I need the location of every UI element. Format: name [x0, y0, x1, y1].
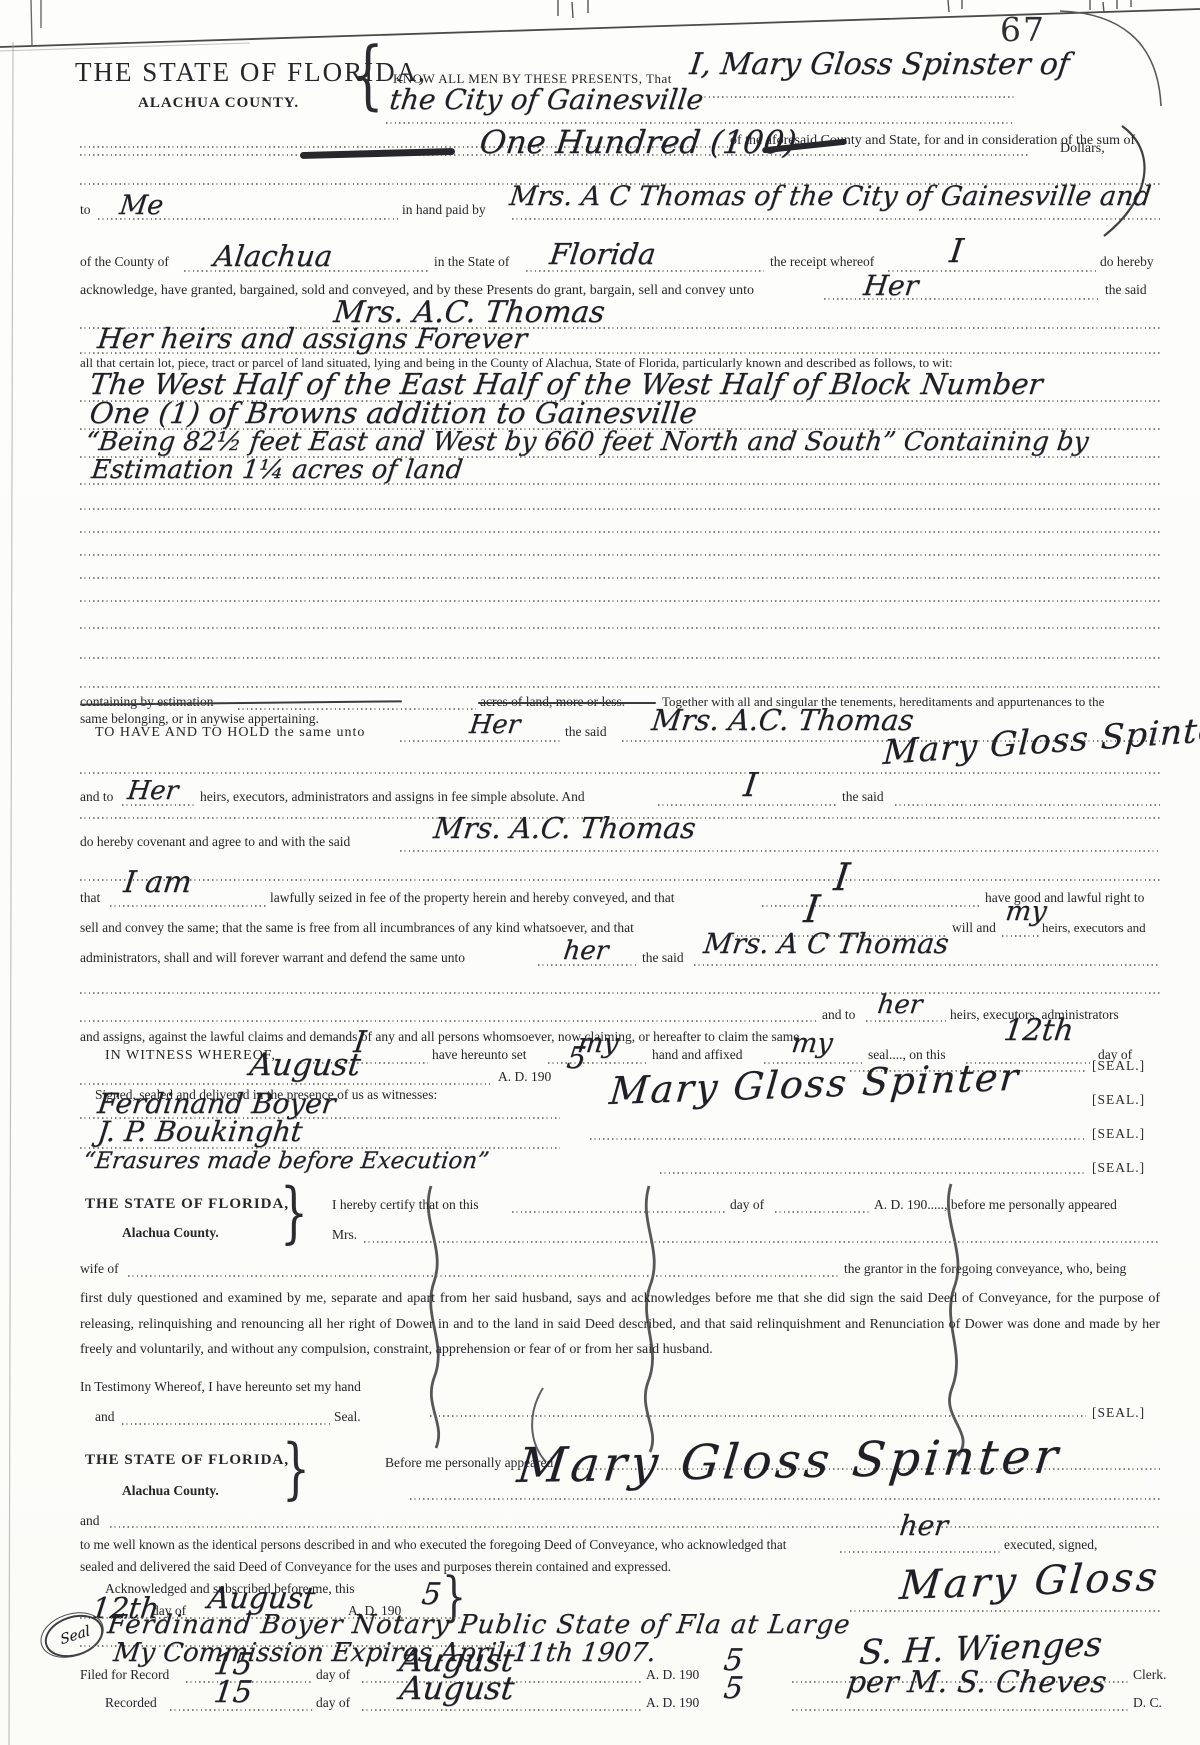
covenant-grantee-handwriting: Mrs. A.C. Thomas	[432, 814, 697, 843]
blank-dotted-line	[80, 772, 1160, 774]
the-said-label: the said	[642, 951, 684, 966]
seal-label: [SEAL.]	[1092, 1126, 1145, 1142]
commission-expiry-handwriting: My Commission Expires April 11th 1907.	[112, 1640, 657, 1666]
month-handwriting: August	[248, 1050, 362, 1081]
description-line3-handwriting: “Being 82½ feet East and West by 660 fee…	[84, 429, 1090, 455]
corner-curve-artifact	[1060, 11, 1161, 106]
dotted-line	[400, 850, 1160, 852]
executed-signed-label: executed, signed,	[1004, 1538, 1097, 1553]
dotted-line	[430, 1415, 1086, 1417]
unto-her-handwriting: Her	[862, 272, 920, 300]
and-to-label: and to	[822, 1008, 855, 1023]
appeared-name-handwriting: Mary Gloss Spinter	[515, 1433, 1064, 1490]
day-number-handwriting: 12th	[1002, 1016, 1075, 1046]
and-to-her-handwriting: Her	[126, 778, 180, 804]
unto-her-handwriting: her	[562, 938, 610, 964]
the-said-label: the said	[842, 790, 884, 805]
ack-signature-handwriting: Mary Gloss	[898, 1557, 1162, 1606]
dotted-line	[700, 96, 1014, 98]
hereunto-set-label: have hereunto set	[432, 1048, 526, 1063]
header-brace: {	[352, 38, 384, 113]
dower-state-title: THE STATE OF FLORIDA,	[85, 1196, 289, 1213]
dotted-line	[110, 1526, 1160, 1528]
blank-dotted-line	[80, 531, 1160, 533]
hold-unto-her-handwriting: Her	[468, 712, 522, 738]
dotted-line	[850, 1610, 1160, 1612]
that-label: that	[80, 891, 100, 906]
blank-dotted-line	[80, 879, 1160, 881]
deputy-clerk-label: D. C.	[1133, 1696, 1162, 1711]
receipt-whereof-label: the receipt whereof	[770, 255, 874, 270]
dotted-line	[400, 740, 560, 742]
dotted-line	[840, 1551, 1000, 1553]
county-subtitle: ALACHUA COUNTY.	[138, 95, 299, 112]
witness1-signature-handwriting: Ferdinand Boyer	[96, 1090, 337, 1118]
wife-of-label: wife of	[80, 1262, 119, 1277]
amount-handwriting: One Hundred (100)	[478, 126, 798, 158]
dower-brace: }	[280, 1181, 308, 1247]
dotted-line	[80, 1020, 818, 1022]
testimony-clause: In Testimony Whereof, I have hereunto se…	[80, 1380, 361, 1395]
erasures-note-handwriting: “Erasures made before Execution”	[82, 1150, 490, 1173]
state-handwriting: Florida	[548, 240, 657, 269]
blank-dotted-line	[80, 508, 1160, 510]
hold-grantee-handwriting: Mrs. A.C. Thomas	[650, 706, 915, 735]
dotted-line	[122, 1423, 330, 1425]
grantor-signature-handwriting: Mary Gloss Spinter	[608, 1058, 1021, 1110]
dotted-line	[792, 1709, 1128, 1711]
pronoun-handwriting: her	[898, 1512, 949, 1540]
the-said-label: the said	[1105, 283, 1147, 298]
grantee-handwriting: Mrs. A C Thomas	[702, 930, 950, 958]
recorded-year-handwriting: 5	[722, 1674, 745, 1704]
heirs-assigns-handwriting: Her heirs and assigns Forever	[96, 325, 529, 353]
notary-signature-handwriting: Ferdinand Boyer Notary Public State of F…	[106, 1612, 852, 1638]
deputy-signature-handwriting: per M. S. Cheves	[845, 1668, 1108, 1698]
the-said-label: the said	[565, 725, 607, 740]
to-have-and-hold-clause: TO HAVE AND TO HOLD the same unto	[95, 725, 365, 740]
dotted-line	[762, 905, 980, 907]
deed-record-page: 67 THE STATE OF FLORIDA, { KNOW ALL MEN …	[0, 0, 1200, 1745]
and-i-handwriting: I	[742, 768, 759, 801]
in-state-label: in the State of	[434, 255, 509, 270]
day-of-label: day of	[730, 1198, 764, 1213]
dotted-line	[364, 1241, 1160, 1243]
dotted-line	[80, 1083, 490, 1085]
ack-brace: }	[282, 1437, 310, 1503]
filed-for-record-label: Filed for Record	[80, 1668, 169, 1683]
recorded-label: Recorded	[105, 1696, 157, 1711]
do-hereby-label: do hereby	[1100, 255, 1154, 270]
recorded-day-handwriting: 15	[212, 1678, 254, 1708]
well-known-clause: to me well known as the identical person…	[80, 1538, 786, 1553]
dollars-label: Dollars,	[1060, 141, 1105, 156]
covenant-clause: do hereby covenant and agree to and with…	[80, 835, 350, 850]
her-handwriting: her	[876, 992, 924, 1018]
ad-appeared-clause: A. D. 190....., before me personally app…	[874, 1198, 1117, 1213]
blank-dotted-line	[80, 600, 1160, 602]
day-of-label: day of	[316, 1696, 350, 1711]
blank-dotted-line	[80, 992, 1160, 994]
hand-affixed-label: hand and affixed	[652, 1048, 742, 1063]
assigns-claims-clause: and assigns, against the lawful claims a…	[80, 1030, 799, 1045]
receipt-i-handwriting: I	[948, 234, 965, 267]
witness2-signature-handwriting: J. P. Boukinght	[96, 1118, 304, 1146]
description-line1-handwriting: The West Half of the East Half of the We…	[88, 370, 1044, 399]
will-and-label: will and	[952, 921, 996, 936]
dotted-line	[694, 964, 1160, 966]
dower-county-title: Alachua County.	[122, 1226, 219, 1241]
blank-dotted-line	[80, 657, 1160, 659]
seized-clause: lawfully seized in fee of the property h…	[270, 891, 674, 906]
seal-label: [SEAL.]	[1092, 1160, 1145, 1176]
dotted-line	[110, 905, 266, 907]
dotted-line	[548, 1062, 648, 1064]
heirs-executors-label: heirs, executors and	[1042, 921, 1146, 935]
day-of-label: day of	[316, 1668, 350, 1683]
ink-dash	[300, 148, 455, 159]
in-hand-paid-label: in hand paid by	[402, 203, 486, 218]
seal-word-label: Seal.	[334, 1410, 361, 1425]
sealed-delivered-clause: sealed and delivered the said Deed of Co…	[80, 1560, 671, 1575]
payee-me-handwriting: Me	[118, 192, 165, 219]
blank-dotted-line	[80, 686, 1160, 688]
administrators-clause: administrators, shall and will forever w…	[80, 951, 465, 966]
payer-handwriting: Mrs. A C Thomas of the City of Gainesvil…	[508, 183, 1152, 210]
seal-stamp-text: Seal	[59, 1624, 91, 1647]
left-edge-line	[9, 42, 13, 1745]
page-number: 67	[1000, 10, 1046, 49]
left-edge-ticks	[31, 0, 41, 45]
grantor-name-handwriting: I, Mary Gloss Spinster of	[688, 50, 1071, 80]
dotted-line	[512, 218, 1160, 220]
i-am-handwriting: I am	[122, 868, 193, 898]
i-handwriting: I	[832, 858, 852, 896]
year-digit-handwriting: 5	[565, 1044, 588, 1074]
seal-label: [SEAL.]	[1092, 1405, 1145, 1421]
dotted-line	[660, 1172, 1086, 1174]
dotted-line	[362, 1709, 642, 1711]
i-handwriting: I	[802, 890, 822, 928]
county-handwriting: Alachua	[212, 242, 334, 271]
to-label: to	[80, 203, 91, 218]
dotted-line	[895, 804, 1160, 806]
dotted-line	[128, 1275, 840, 1277]
blank-dotted-line	[80, 554, 1160, 556]
dotted-line	[775, 1211, 870, 1213]
my-handwriting: my	[790, 1030, 834, 1057]
ack-year-handwriting: 5	[420, 1580, 443, 1610]
grantor-city-handwriting: the City of Gainesville	[388, 86, 705, 114]
mrs-label: Mrs.	[332, 1228, 357, 1243]
page-top-edge-faint-line	[0, 43, 250, 51]
recorded-month-handwriting: August	[398, 1672, 516, 1704]
ack-state-title: THE STATE OF FLORIDA,	[85, 1452, 289, 1469]
blank-dotted-line	[80, 627, 1160, 629]
dotted-line	[1002, 935, 1040, 937]
dower-body-paragraph: first duly questioned and examined by me…	[80, 1286, 1160, 1363]
description-line2-handwriting: One (1) of Browns addition to Gainesvill…	[88, 399, 698, 428]
dotted-line	[512, 1211, 726, 1213]
ad-190-label: A. D. 190	[498, 1070, 551, 1085]
clerk-signature-handwriting: S. H. Wienges	[858, 1628, 1103, 1670]
dotted-line	[590, 1138, 1086, 1140]
heirs-executors-clause: heirs, executors, administrators and ass…	[200, 790, 585, 805]
and-label: and	[95, 1410, 115, 1425]
description-line4-handwriting: Estimation 1¼ acres of land	[90, 457, 464, 483]
and-to-label: and to	[80, 790, 113, 805]
ack-county-title: Alachua County.	[122, 1484, 219, 1499]
of-county-label: of the County of	[80, 255, 169, 270]
sell-convey-clause: sell and convey the same; that the same …	[80, 921, 634, 936]
dotted-line	[658, 804, 838, 806]
clerk-label: Clerk.	[1133, 1668, 1166, 1683]
dotted-line	[410, 1498, 1160, 1500]
seal-label: [SEAL.]	[1092, 1058, 1145, 1074]
pen-strike-line	[478, 702, 656, 704]
seal-label: [SEAL.]	[1092, 1092, 1145, 1108]
dotted-line	[866, 1020, 946, 1022]
and-label: and	[80, 1514, 100, 1529]
grantor-foregoing-clause: the grantor in the foregoing conveyance,…	[844, 1262, 1126, 1277]
certify-clause: I hereby certify that on this	[332, 1198, 479, 1213]
ad-190-label: A. D. 190	[646, 1696, 699, 1711]
ad-190-label: A. D. 190	[646, 1668, 699, 1683]
dotted-line	[238, 708, 476, 710]
grantor-signature-inline-handwriting: Mary Gloss Spinter	[882, 712, 1200, 770]
blank-dotted-line	[80, 577, 1160, 579]
dower-body-line1: first duly questioned and examined by me…	[80, 1291, 1094, 1306]
